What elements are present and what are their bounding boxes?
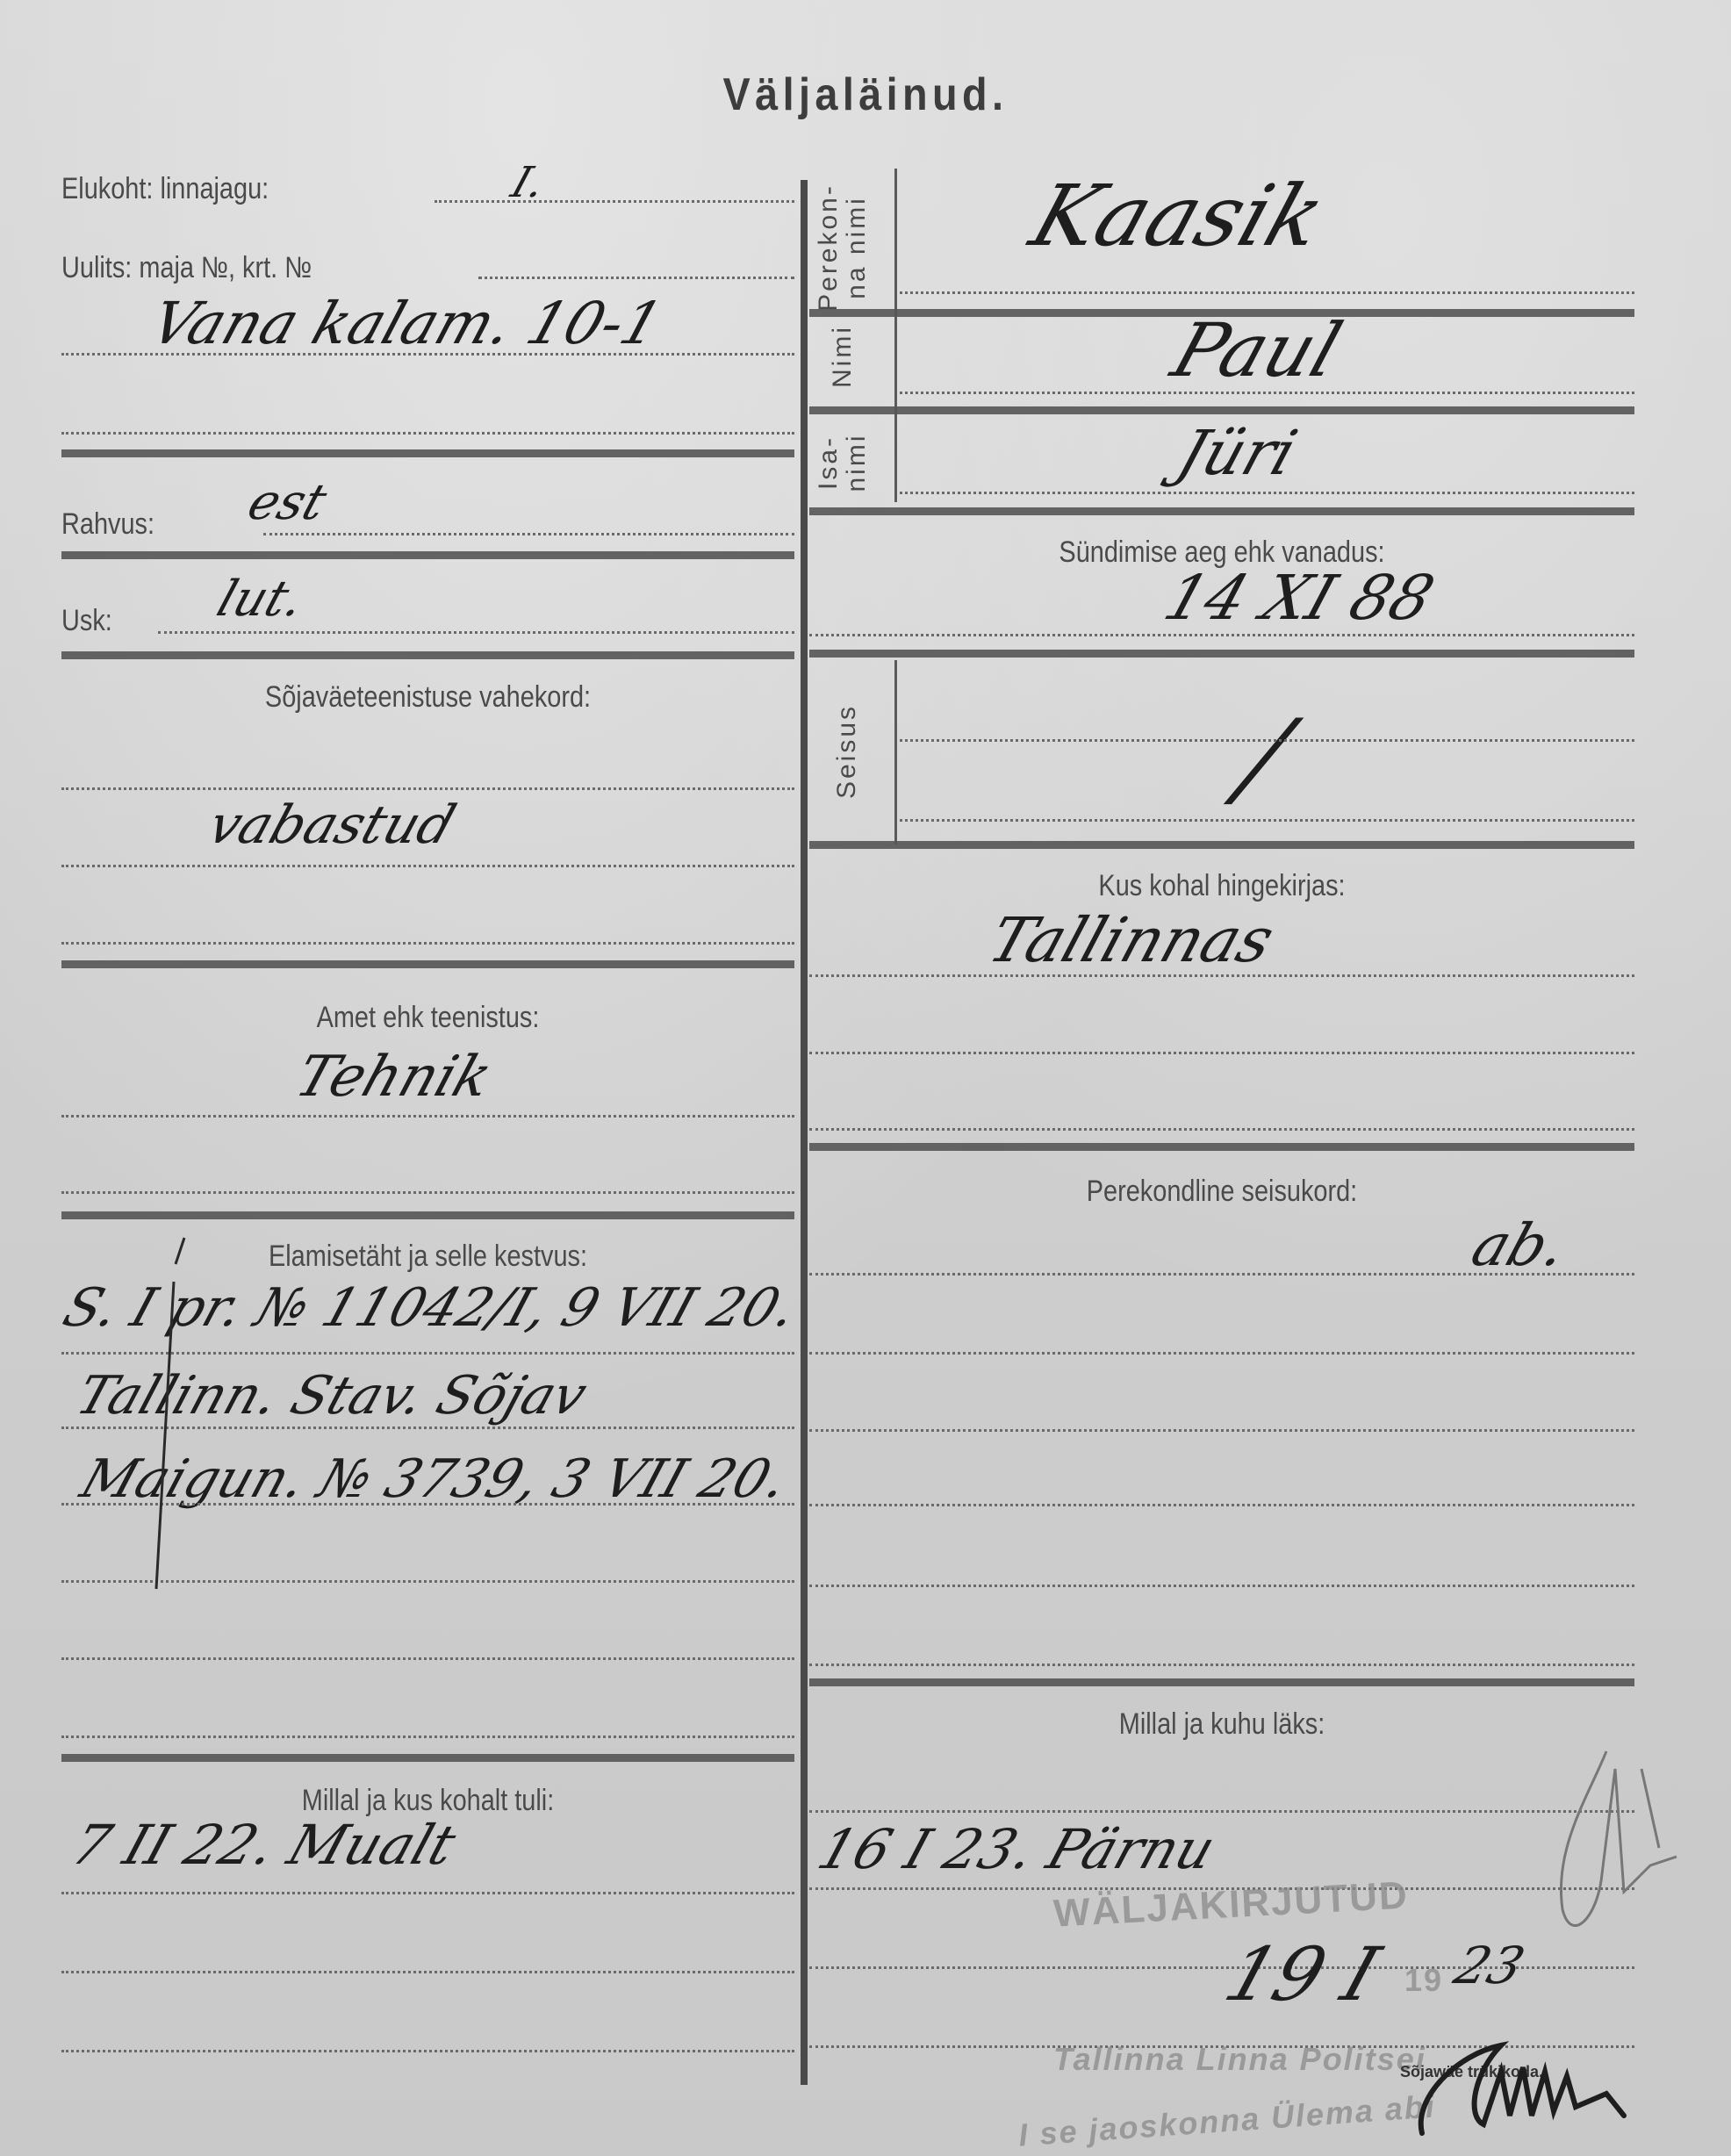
street-value: Vana kalam. 10-1	[142, 290, 670, 357]
arrival-value: 7 II 22. Mualt	[64, 1813, 463, 1877]
religion-value: lut.	[210, 571, 311, 628]
section-divider	[61, 449, 794, 457]
section-divider	[809, 1143, 1634, 1151]
father-name-line	[900, 492, 1634, 494]
firstname-label: Nimi	[829, 304, 857, 409]
checkmark-icon	[149, 1229, 202, 1598]
residence-line	[435, 200, 794, 203]
section-divider	[61, 1754, 794, 1762]
military-line-1	[61, 787, 794, 790]
signature-icon	[1404, 2019, 1650, 2156]
military-label: Sõjaväeteenistuse vahekord:	[117, 680, 740, 715]
registry-line-2	[809, 1052, 1634, 1054]
family-status-value: ab.	[1463, 1211, 1576, 1279]
name-label-divider	[894, 169, 897, 502]
family-status-line-2	[809, 1352, 1634, 1355]
status-line-1	[900, 739, 1634, 742]
military-line-2	[61, 865, 794, 867]
status-value: /	[1226, 698, 1302, 820]
family-status-line-1	[809, 1273, 1634, 1276]
departure-line-1	[809, 1810, 1634, 1813]
status-label-divider	[894, 660, 897, 844]
surname-line	[900, 291, 1634, 294]
document-page: Väljaläinud. Elukoht: linnajagu: I. Uuli…	[0, 0, 1731, 2156]
registry-label: Kus kohal hingekirjas:	[872, 869, 1573, 903]
birth-value: 14 XI 88	[1156, 562, 1443, 634]
registry-value: Tallinnas	[980, 904, 1283, 976]
nationality-line	[263, 533, 794, 535]
permit-rule-5	[61, 1657, 794, 1660]
arrival-line-2	[61, 1971, 794, 1973]
document-title: Väljaläinud.	[87, 68, 1645, 121]
street-line-3	[61, 432, 794, 435]
father-name-label: Isa- nimi	[815, 414, 871, 511]
birth-line	[809, 634, 1634, 636]
section-divider	[809, 650, 1634, 658]
departure-label: Millal ja kuhu läks:	[872, 1707, 1573, 1742]
residence-permit-label: Elamisetäht ja selle kestvus:	[117, 1240, 740, 1274]
surname-label: Perekon- na nimi	[815, 177, 871, 318]
occupation-line-1	[61, 1115, 794, 1118]
occupation-label: Amet ehk teenistus:	[117, 1001, 740, 1035]
departure-value: 16 I 23. Pärnu	[810, 1817, 1223, 1881]
section-divider	[809, 507, 1634, 515]
section-divider	[809, 841, 1634, 849]
military-value: vabastud	[201, 794, 463, 856]
street-line-2	[61, 353, 794, 356]
status-label: Seisus	[833, 694, 861, 808]
section-divider	[61, 1211, 794, 1219]
stamp-line-1: Tallinna Linna Politsei	[1053, 2041, 1426, 2078]
arrival-line-1	[61, 1892, 794, 1894]
religion-line	[158, 631, 794, 634]
family-status-line-4	[809, 1504, 1634, 1506]
registry-line-1	[809, 974, 1634, 977]
family-status-label: Perekondline seisukord:	[872, 1175, 1573, 1209]
residence-permit-line-2: Tallinn. Stav. Sõjav	[69, 1365, 594, 1427]
section-divider	[61, 551, 794, 559]
surname-value: Kaasik	[1020, 167, 1337, 265]
section-divider	[809, 1678, 1634, 1686]
pencil-initials-icon	[1536, 1743, 1685, 1953]
arrival-line-3	[61, 2050, 794, 2052]
nationality-label: Rahvus:	[61, 507, 154, 542]
firstname-value: Paul	[1162, 307, 1352, 393]
stamp-year-handwritten: 23	[1447, 1936, 1532, 1995]
occupation-value: Tehnik	[288, 1045, 499, 1110]
father-name-value: Jüri	[1169, 417, 1306, 489]
street-label: Uulits: maja №, krt. №	[61, 251, 312, 285]
stamp-date-handwritten: 19 I	[1215, 1931, 1390, 2017]
registry-line-3	[809, 1128, 1634, 1131]
family-status-line-6	[809, 1664, 1634, 1666]
family-status-line-5	[809, 1585, 1634, 1587]
section-divider	[61, 960, 794, 968]
military-line-3	[61, 942, 794, 945]
street-line-1	[478, 277, 794, 279]
permit-rule-6	[61, 1736, 794, 1738]
religion-label: Usk:	[61, 604, 112, 638]
occupation-line-2	[61, 1191, 794, 1194]
status-line-2	[900, 819, 1634, 822]
family-status-line-3	[809, 1429, 1634, 1432]
nationality-value: est	[241, 474, 334, 531]
stamp-line-2: I se jaoskonna Ülema abi	[1017, 2088, 1437, 2153]
residence-label: Elukoht: linnajagu:	[61, 172, 269, 206]
main-column-divider	[801, 180, 808, 2085]
stamp-heading: WÄLJAKIRJUTUD	[1052, 1873, 1410, 1936]
section-divider	[809, 406, 1634, 414]
firstname-line	[900, 392, 1634, 394]
stamp-year-printed: 19	[1404, 1962, 1443, 1999]
section-divider	[61, 651, 794, 659]
